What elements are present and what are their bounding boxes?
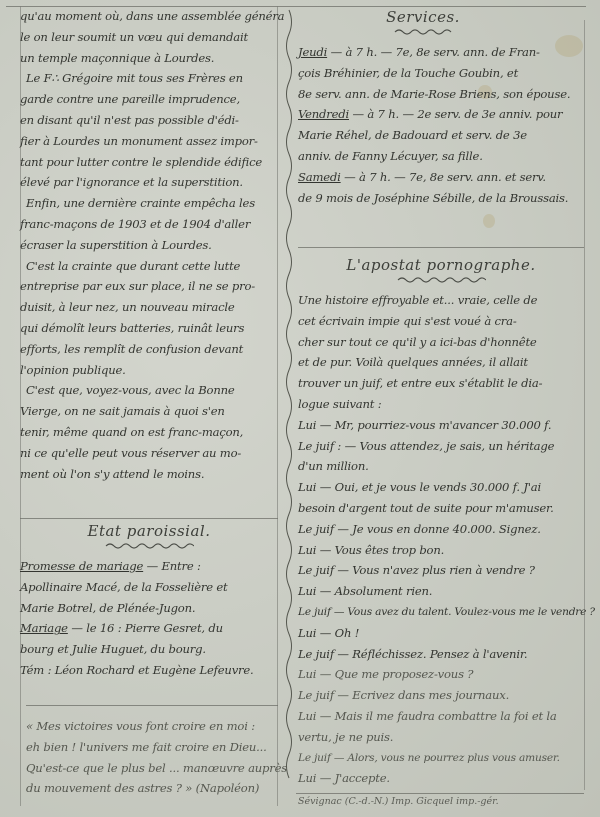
- promesse-label: Promesse de mariage: [20, 559, 143, 573]
- apostat-section: L'apostat pornographe. Une histoire effr…: [298, 256, 584, 789]
- dialogue-line: Le juif — Vous avez du talent. Voulez-vo…: [298, 602, 584, 623]
- promesse-rest: — Entre :: [143, 559, 201, 573]
- quote-line: du mouvement des astres ? » (Napoléon): [26, 778, 278, 799]
- promesse-line: Marie Botrel, de Plénée-Jugon.: [20, 598, 278, 619]
- newspaper-page: qu'au moment où, dans une assemblée géné…: [0, 0, 600, 817]
- apostat-line: cet écrivain impie qui s'est voué à cra-: [298, 311, 584, 332]
- printer-imprint: Sévignac (C.-d.-N.) Imp. Gicquel imp.-gé…: [298, 796, 499, 807]
- article-line: C'est que, voyez-vous, avec la Bonne: [20, 380, 282, 401]
- article-line: efforts, les remplît de confusion devant: [20, 339, 282, 360]
- lourdes-article: qu'au moment où, dans une assemblée géné…: [20, 6, 282, 484]
- article-line: duisit, à leur nez, un nouveau miracle: [20, 297, 282, 318]
- apostat-line: cher sur tout ce qu'il y a ici-bas d'hon…: [298, 332, 584, 353]
- dialogue-line: Le juif : — Vous attendez, je sais, un h…: [298, 436, 584, 457]
- wavy-underline-ornament: [104, 542, 194, 550]
- napoleon-quote: « Mes victoires vous font croire en moi …: [26, 716, 278, 799]
- dialogue-line: besoin d'argent tout de suite pour m'amu…: [298, 498, 584, 519]
- dialogue-line: Le juif — Réfléchissez. Pensez à l'aveni…: [298, 644, 584, 665]
- service-day: Vendredi: [298, 107, 349, 121]
- dialogue-line: Le juif — Je vous en donne 40.000. Signe…: [298, 519, 584, 540]
- wavy-underline-ornament: [393, 28, 453, 36]
- article-line: fier à Lourdes un monument assez impor-: [20, 131, 282, 152]
- quote-section-rule: [26, 705, 278, 706]
- apostat-line: logue suivant :: [298, 394, 584, 415]
- dialogue-line: Lui — Oui, et je vous le vends 30.000 f.…: [298, 477, 584, 498]
- article-line: franc-maçons de 1903 et de 1904 d'aller: [20, 214, 282, 235]
- apostat-line: et de pur. Voilà quelques années, il all…: [298, 352, 584, 373]
- article-line: C'est la crainte que durant cette lutte: [20, 256, 282, 277]
- dialogue-line: Le juif — Ecrivez dans mes journaux.: [298, 685, 584, 706]
- article-line: l'opinion publique.: [20, 360, 282, 381]
- article-line: qui démolît leurs batteries, ruinât leur…: [20, 318, 282, 339]
- quote-line: « Mes victoires vous font croire en moi …: [26, 716, 278, 737]
- dialogue-line: vertu, je ne puis.: [298, 727, 584, 748]
- dialogue-line: Lui — Absolument rien.: [298, 581, 584, 602]
- right-margin-rule: [584, 20, 585, 790]
- article-line: ment où l'on s'y attend le moins.: [20, 464, 282, 485]
- etat-section-rule: [20, 518, 278, 519]
- services-section: Services. Jeudi — à 7 h. — 7e, 8e serv. …: [298, 8, 548, 208]
- article-line: garde contre une pareille imprudence,: [20, 89, 282, 110]
- article-line: élevé par l'ignorance et la superstition…: [20, 172, 282, 193]
- services-heading: Services.: [298, 8, 548, 26]
- article-line: tenir, même quand on est franc-maçon,: [20, 422, 282, 443]
- dialogue-line: Lui — Mais il me faudra combattre la foi…: [298, 706, 584, 727]
- quote-line: eh bien ! l'univers me fait croire en Di…: [26, 737, 278, 758]
- service-text: — à 7 h. — 7e, 8e serv. ann. de Fran-: [327, 45, 540, 59]
- article-line: un temple maçonnique à Lourdes.: [20, 48, 282, 69]
- mariage-rest: — le 16 : Pierre Gesret, du: [68, 621, 223, 635]
- dialogue-line: Lui — J'accepte.: [298, 768, 584, 789]
- apostat-section-rule: [298, 247, 584, 248]
- wavy-underline-ornament: [396, 276, 486, 284]
- service-day: Jeudi: [298, 45, 327, 59]
- dialogue-line: d'un million.: [298, 456, 584, 477]
- mariage-line: Tém : Léon Rochard et Eugène Lefeuvre.: [20, 660, 278, 681]
- mariage-label: Mariage: [20, 621, 68, 635]
- quote-line: Qu'est-ce que le plus bel ... manœuvre a…: [26, 758, 278, 779]
- apostat-heading: L'apostat pornographe.: [298, 256, 584, 274]
- left-column: qu'au moment où, dans une assemblée géné…: [20, 6, 282, 484]
- service-text: Marie Réhel, de Badouard et serv. de 3e: [298, 125, 548, 146]
- service-text: anniv. de Fanny Lécuyer, sa fille.: [298, 146, 548, 167]
- dialogue-line: Le juif — Vous n'avez plus rien à vendre…: [298, 560, 584, 581]
- article-line: Vierge, on ne sait jamais à quoi s'en: [20, 401, 282, 422]
- dialogue-line: Le juif — Alors, vous ne pourrez plus vo…: [298, 748, 584, 769]
- apostat-line: trouver un juif, et entre eux s'établit …: [298, 373, 584, 394]
- service-text: — à 7 h. — 2e serv. de 3e anniv. pour: [349, 107, 562, 121]
- service-text: — à 7 h. — 7e, 8e serv. ann. et serv.: [341, 170, 546, 184]
- etat-paroissial-section: Etat paroissial. Promesse de mariage — E…: [20, 522, 278, 681]
- paper-stain: [555, 35, 583, 57]
- service-text: 8e serv. ann. de Marie-Rose Briens, son …: [298, 84, 548, 105]
- service-text: de 9 mois de Joséphine Sébille, de la Br…: [298, 188, 548, 209]
- bottom-rule: [296, 793, 584, 794]
- article-line: en disant qu'il n'est pas possible d'édi…: [20, 110, 282, 131]
- dialogue-line: Lui — Oh !: [298, 623, 584, 644]
- article-line: le on leur soumit un vœu qui demandait: [20, 27, 282, 48]
- paper-stain: [483, 214, 495, 228]
- promesse-line: Apollinaire Macé, de la Fosselière et: [20, 577, 278, 598]
- service-text: çois Bréhinier, de la Touche Goubin, et: [298, 63, 548, 84]
- article-line: écraser la superstition à Lourdes.: [20, 235, 282, 256]
- right-column: Services. Jeudi — à 7 h. — 7e, 8e serv. …: [298, 6, 548, 208]
- column-brace-divider: [282, 0, 296, 817]
- apostat-line: Une histoire effroyable et... vraie, cel…: [298, 290, 584, 311]
- article-line: ni ce qu'elle peut vous réserver au mo-: [20, 443, 282, 464]
- article-line: qu'au moment où, dans une assemblée géné…: [20, 6, 282, 27]
- article-line: tant pour lutter contre le splendide édi…: [20, 152, 282, 173]
- article-line: Le F∴ Grégoire mit tous ses Frères en: [20, 68, 282, 89]
- article-line: Enfin, une dernière crainte empêcha les: [20, 193, 282, 214]
- dialogue-line: Lui — Mr, pourriez-vous m'avancer 30.000…: [298, 415, 584, 436]
- mariage-line: bourg et Julie Huguet, du bourg.: [20, 639, 278, 660]
- dialogue-line: Lui — Que me proposez-vous ?: [298, 664, 584, 685]
- etat-paroissial-heading: Etat paroissial.: [20, 522, 278, 540]
- dialogue-line: Lui — Vous êtes trop bon.: [298, 540, 584, 561]
- service-day: Samedi: [298, 170, 341, 184]
- article-line: entreprise par eux sur place, il ne se p…: [20, 276, 282, 297]
